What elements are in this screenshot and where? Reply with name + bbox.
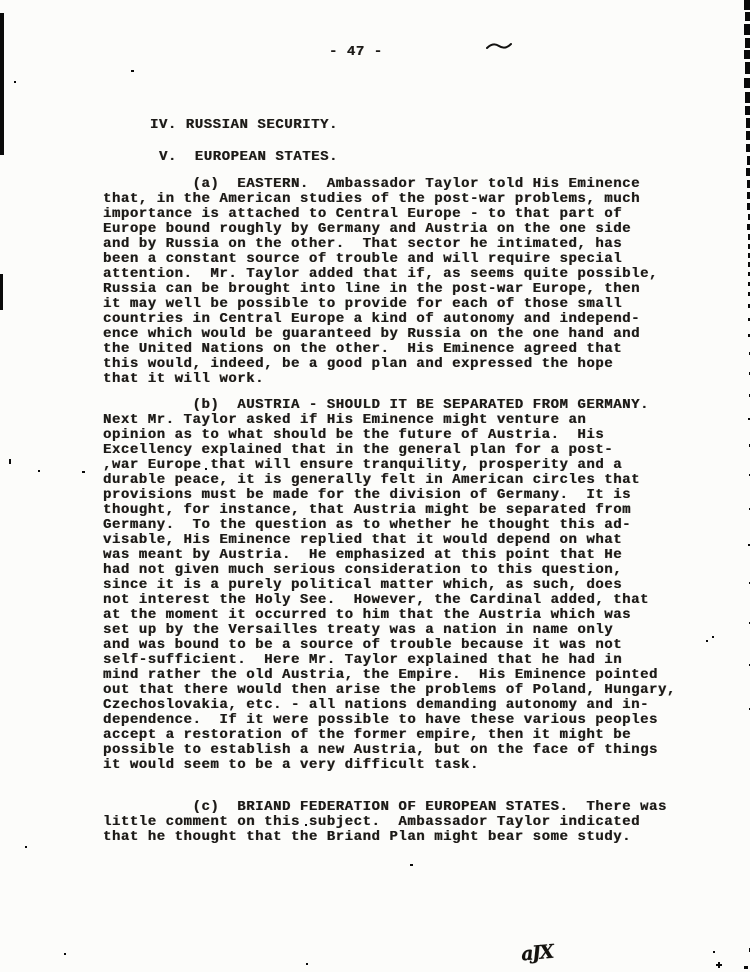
scan-edge-mark [306, 963, 308, 965]
scan-edge-mark [0, 274, 3, 310]
scan-edge-mark [745, 38, 750, 48]
scanned-document-page: - 47 - IV. RUSSIAN SECURITY. V. EUROPEAN… [0, 0, 750, 972]
scan-edge-mark [746, 144, 750, 152]
scan-edge-mark [746, 118, 750, 128]
scan-edge-mark [410, 864, 413, 866]
scan-edge-mark [746, 168, 750, 176]
scan-edge-mark [25, 846, 27, 848]
scan-edge-mark [745, 12, 750, 21]
scan-edge-mark [9, 459, 11, 464]
scan-edge-mark [131, 70, 134, 72]
scan-edge-mark [14, 81, 16, 83]
scan-edge-mark [38, 470, 40, 472]
scan-edge-mark [718, 962, 720, 968]
scan-edge-mark [744, 24, 750, 35]
scan-edge-mark [745, 92, 750, 103]
scan-edge-mark [713, 951, 715, 953]
scan-edge-mark [744, 50, 750, 59]
scan-edge-mark [744, 78, 750, 88]
scan-edge-mark [744, 0, 750, 10]
scan-edge-mark [712, 636, 714, 638]
scan-edge-mark [64, 953, 66, 955]
scan-edge-mark [82, 471, 85, 473]
scan-edge-mark [745, 62, 750, 74]
scan-artifact-layer [0, 0, 750, 972]
scan-edge-mark [744, 966, 748, 969]
scan-edge-mark [706, 640, 708, 642]
scan-edge-mark [205, 468, 207, 470]
scan-edge-mark [745, 106, 750, 115]
scan-edge-mark [746, 131, 750, 140]
scan-edge-mark [0, 13, 4, 155]
scan-edge-mark [305, 824, 307, 826]
